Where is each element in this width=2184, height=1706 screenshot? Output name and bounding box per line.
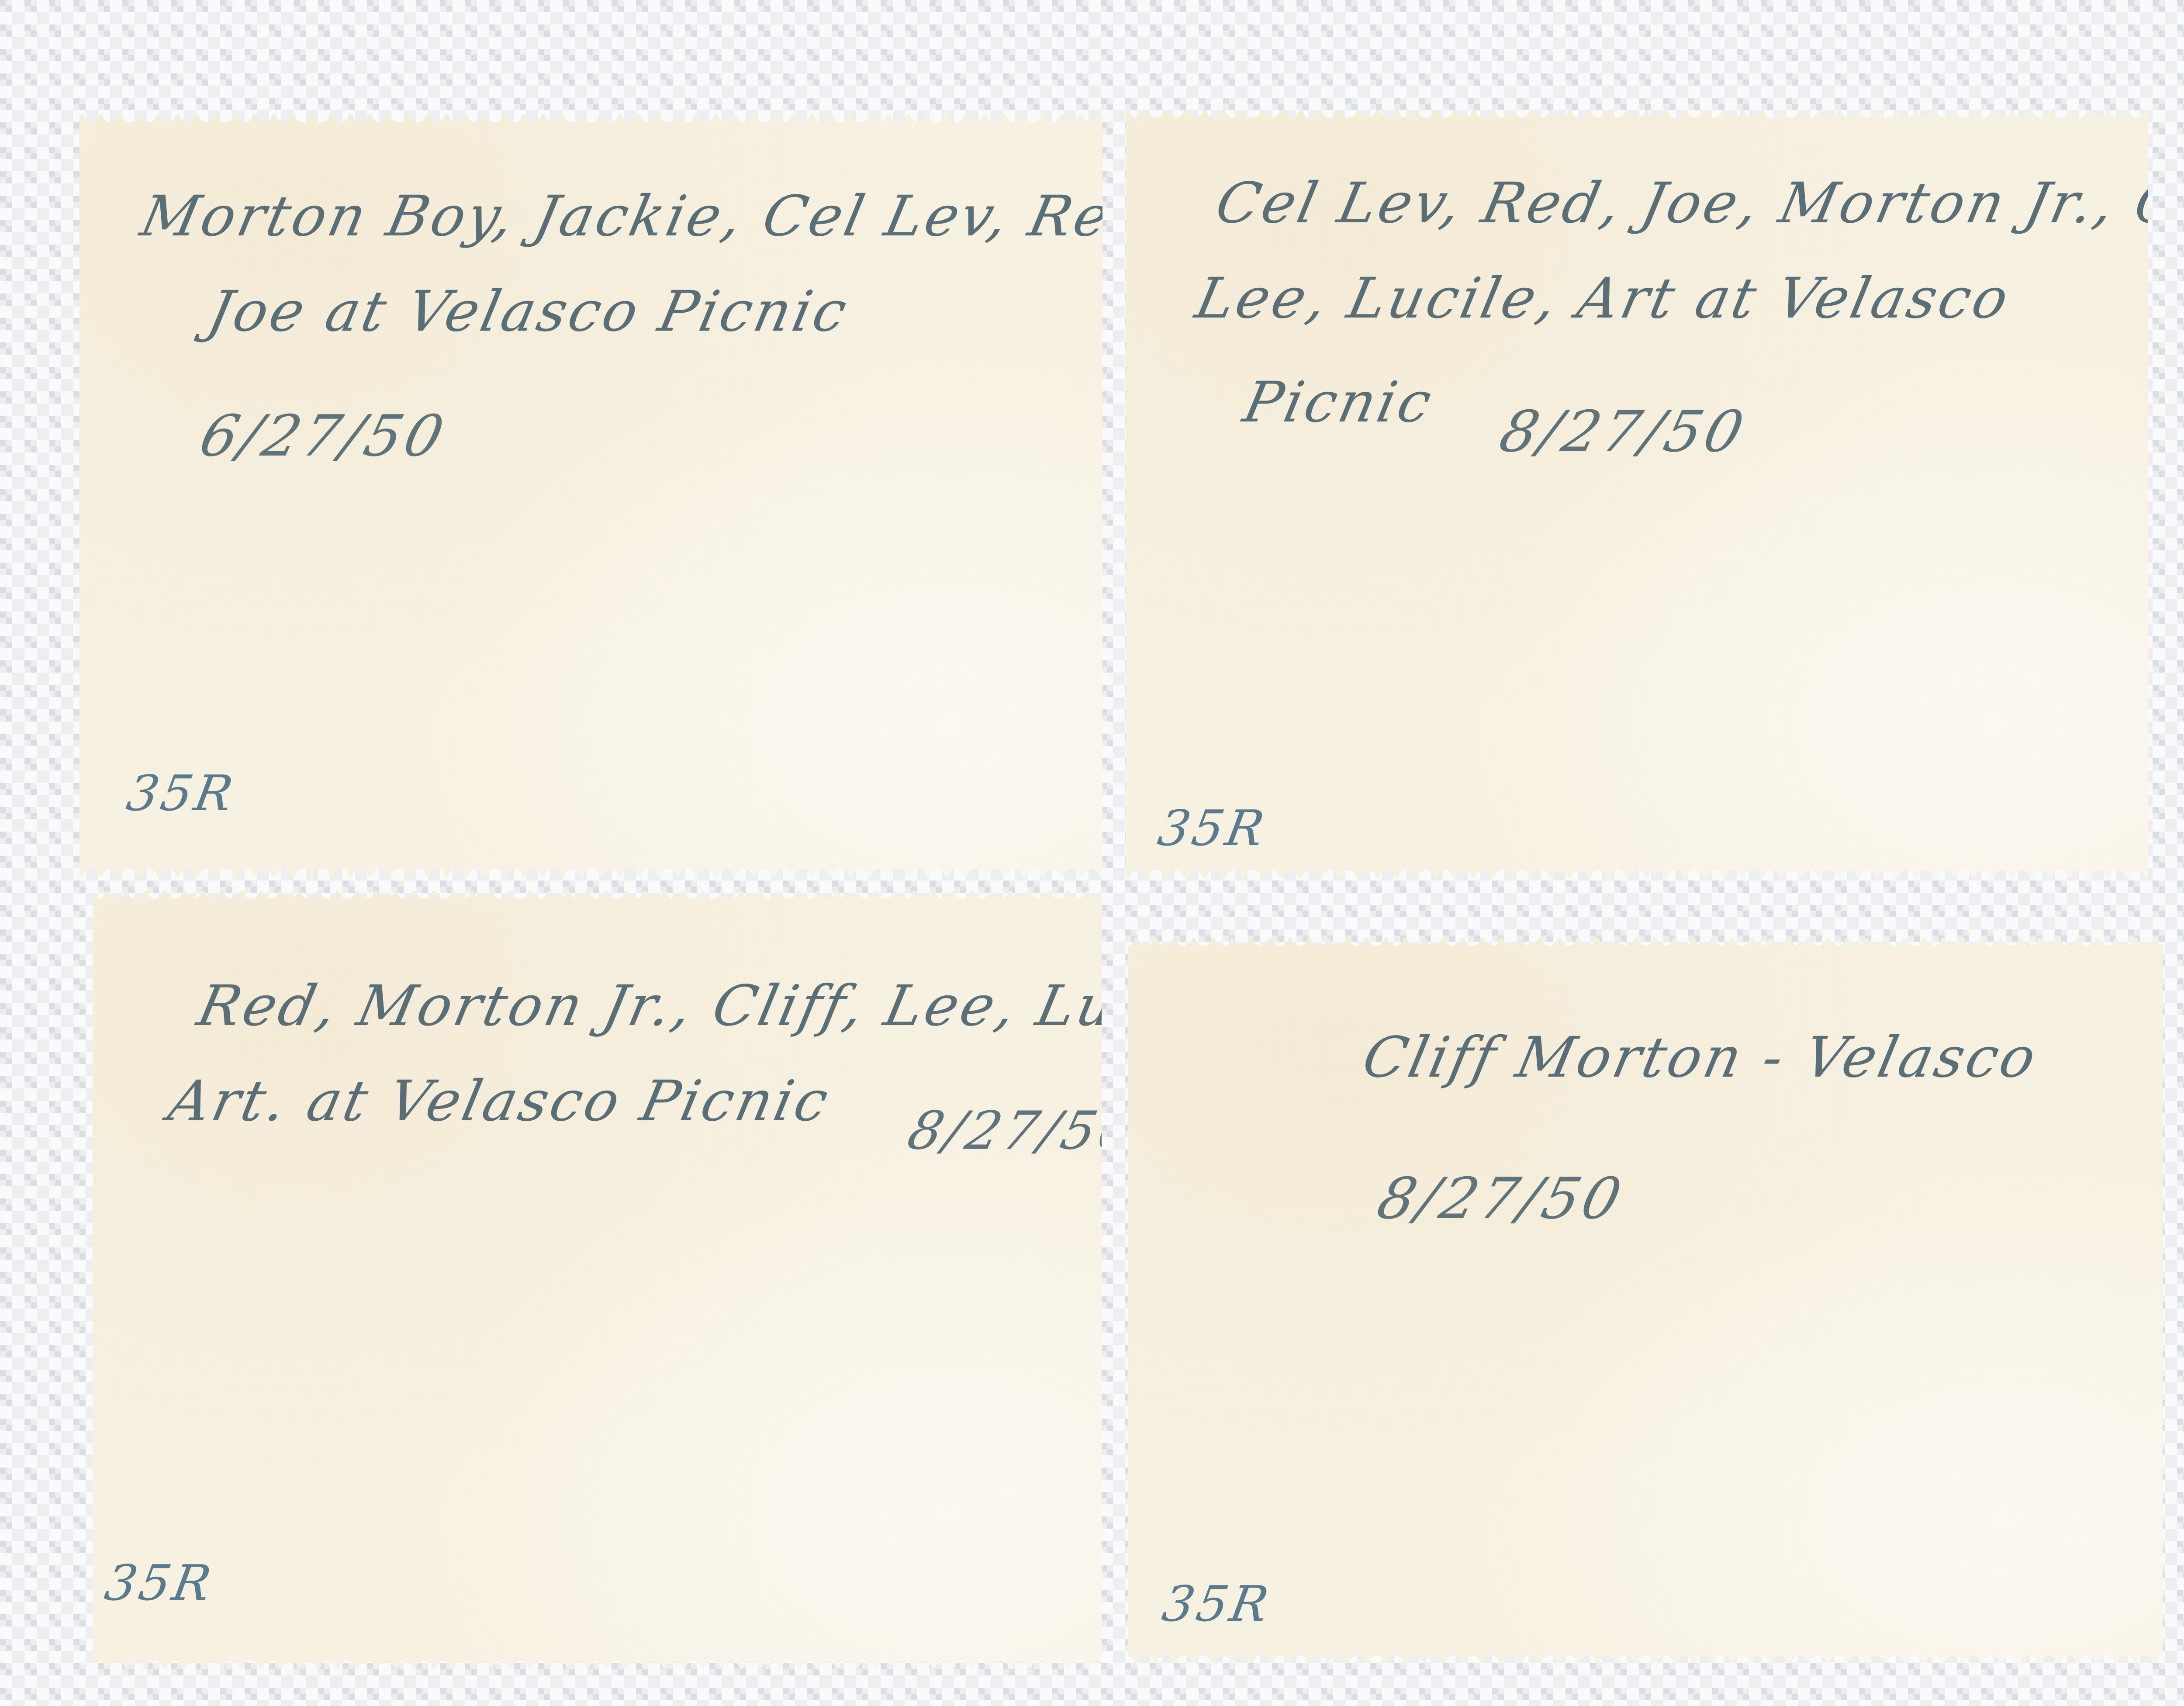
caption-line: Red, Morton Jr., Cliff, Lee, Lucile, — [193, 978, 1253, 1034]
archive-mark: 35R — [1158, 1576, 1275, 1633]
caption-line: Cliff Morton - Velasco — [1358, 1030, 2042, 1086]
caption-line: Morton Boy, Jackie, Cel Lev, Red, — [136, 189, 1175, 245]
archive-mark: 35R — [101, 1555, 218, 1612]
photo-back-card-3: Red, Morton Jr., Cliff, Lee, Lucile, Art… — [93, 891, 1102, 1668]
handwritten-date: 6/27/50 — [194, 403, 453, 469]
caption-line: Cel Lev, Red, Joe, Morton Jr., Cliff, — [1211, 176, 2184, 231]
handwritten-caption: Morton Boy, Jackie, Cel Lev, Red, Joe at… — [116, 189, 1175, 340]
archive-mark: 35R — [1154, 800, 1271, 857]
handwritten-date: 8/27/50 — [902, 1101, 1144, 1161]
handwritten-date: 8/27/50 — [1371, 1165, 1631, 1232]
photo-back-card-1: Morton Boy, Jackie, Cel Lev, Red, Joe at… — [79, 114, 1102, 877]
scan-sheet: Morton Boy, Jackie, Cel Lev, Red, Joe at… — [0, 0, 2184, 1706]
handwritten-caption: Cel Lev, Red, Joe, Morton Jr., Cliff, Le… — [1169, 176, 2184, 431]
archive-mark: 35R — [123, 765, 240, 822]
photo-back-card-2: Cel Lev, Red, Joe, Morton Jr., Cliff, Le… — [1126, 110, 2148, 878]
caption-line: Joe at Velasco Picnic — [203, 284, 1154, 340]
caption-line: Lee, Lucile, Art at Velasco — [1191, 271, 2184, 327]
photo-back-card-4: Cliff Morton - Velasco 8/27/50 35R — [1128, 938, 2163, 1663]
handwritten-caption: Cliff Morton - Velasco — [1358, 1030, 2042, 1086]
handwritten-date: 8/27/50 — [1493, 398, 1753, 465]
